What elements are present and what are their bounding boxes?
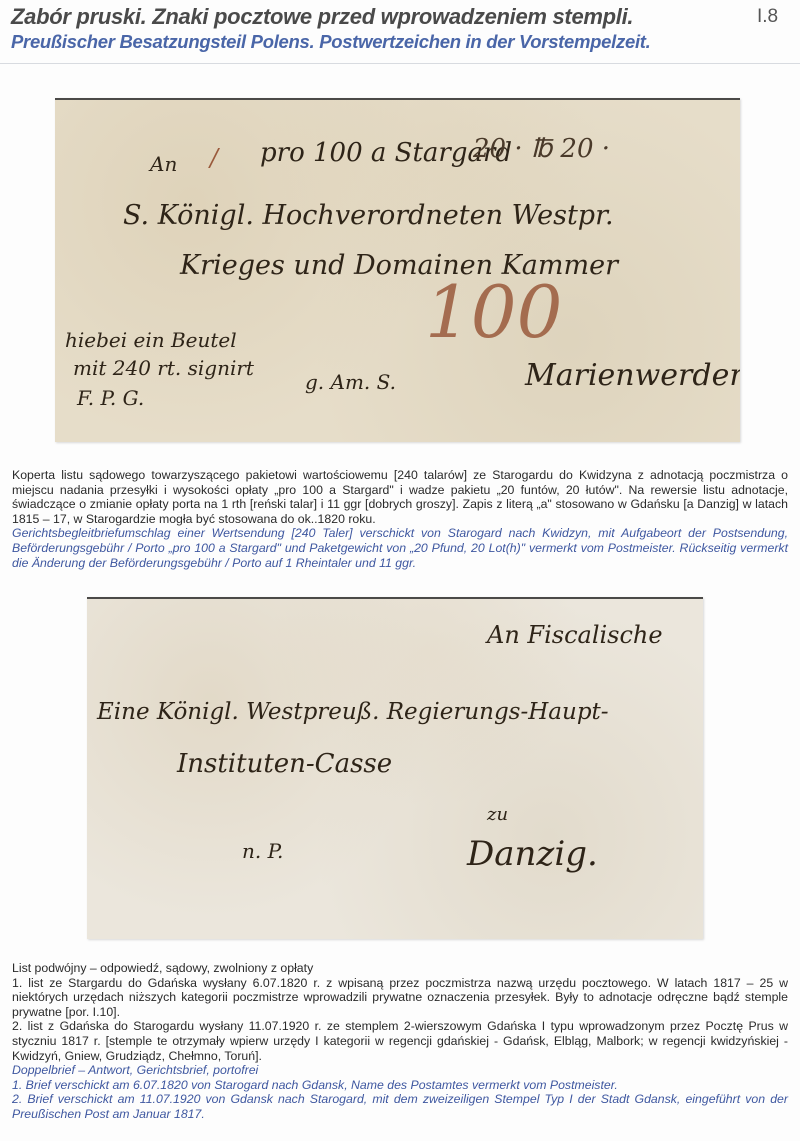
page-number: I.8	[757, 6, 778, 28]
envelope-image-1: An / pro 100 a Stargard 20 · ℔ 20 · S. K…	[55, 98, 740, 442]
envelope-image-2: An Fiscalische Eine Königl. Westpreuß. R…	[87, 597, 703, 939]
handwriting-left-note-2: mit 240 rt. signirt	[73, 356, 254, 380]
handwriting-address-line1: Eine Königl. Westpreuß. Regierungs-Haupt…	[97, 699, 609, 725]
handwriting-address-line2: Instituten-Casse	[177, 749, 392, 779]
handwriting-address-line1: S. Königl. Hochverordneten Westpr.	[123, 200, 614, 231]
caption-2-polish-heading: List podwójny – odpowiedź, sądowy, zwoln…	[12, 961, 788, 976]
handwriting-weight-note: 20 · ℔ 20 ·	[473, 134, 610, 164]
caption-1-german: Gerichtsbegleitbriefumschlag einer Werts…	[12, 526, 788, 570]
handwriting-bottom-left: n. P.	[242, 839, 283, 863]
handwriting-destination: Danzig.	[467, 834, 598, 874]
caption-2-german-item-2: 2. Brief verschickt am 11.07.1920 von Gd…	[12, 1092, 788, 1121]
handwriting-an: An	[150, 152, 177, 176]
handwriting-postage-100: 100	[425, 270, 562, 354]
page-title-polish: Zabór pruski. Znaki pocztowe przed wprow…	[11, 4, 633, 30]
handwriting-bottom-note: g. Am. S.	[305, 370, 396, 394]
handwriting-destination: Marienwerder	[525, 358, 740, 393]
caption-2-german-heading: Doppelbrief – Antwort, Gerichtsbrief, po…	[12, 1063, 788, 1078]
caption-envelope-1: Koperta listu sądowego towarzyszącego pa…	[12, 468, 788, 570]
caption-envelope-2: List podwójny – odpowiedź, sądowy, zwoln…	[12, 961, 788, 1122]
caption-2-german-item-1: 1. Brief verschickt am 6.07.1820 von Sta…	[12, 1078, 788, 1093]
handwriting-red-stroke: /	[210, 144, 218, 172]
header-divider	[0, 63, 800, 64]
handwriting-left-note-3: F. P. G.	[77, 386, 144, 410]
handwriting-left-note-1: hiebei ein Beutel	[65, 328, 237, 352]
caption-2-polish-item-1: 1. list ze Stargardu do Gdańska wysłany …	[12, 976, 788, 1020]
handwriting-top-right: An Fiscalische	[487, 621, 663, 649]
page-title-german: Preußischer Besatzungsteil Polens. Postw…	[11, 31, 651, 53]
caption-1-polish: Koperta listu sądowego towarzyszącego pa…	[12, 468, 788, 526]
handwriting-zu: zu	[487, 804, 508, 825]
caption-2-polish-item-2: 2. list z Gdańska do Starogardu wysłany …	[12, 1019, 788, 1063]
